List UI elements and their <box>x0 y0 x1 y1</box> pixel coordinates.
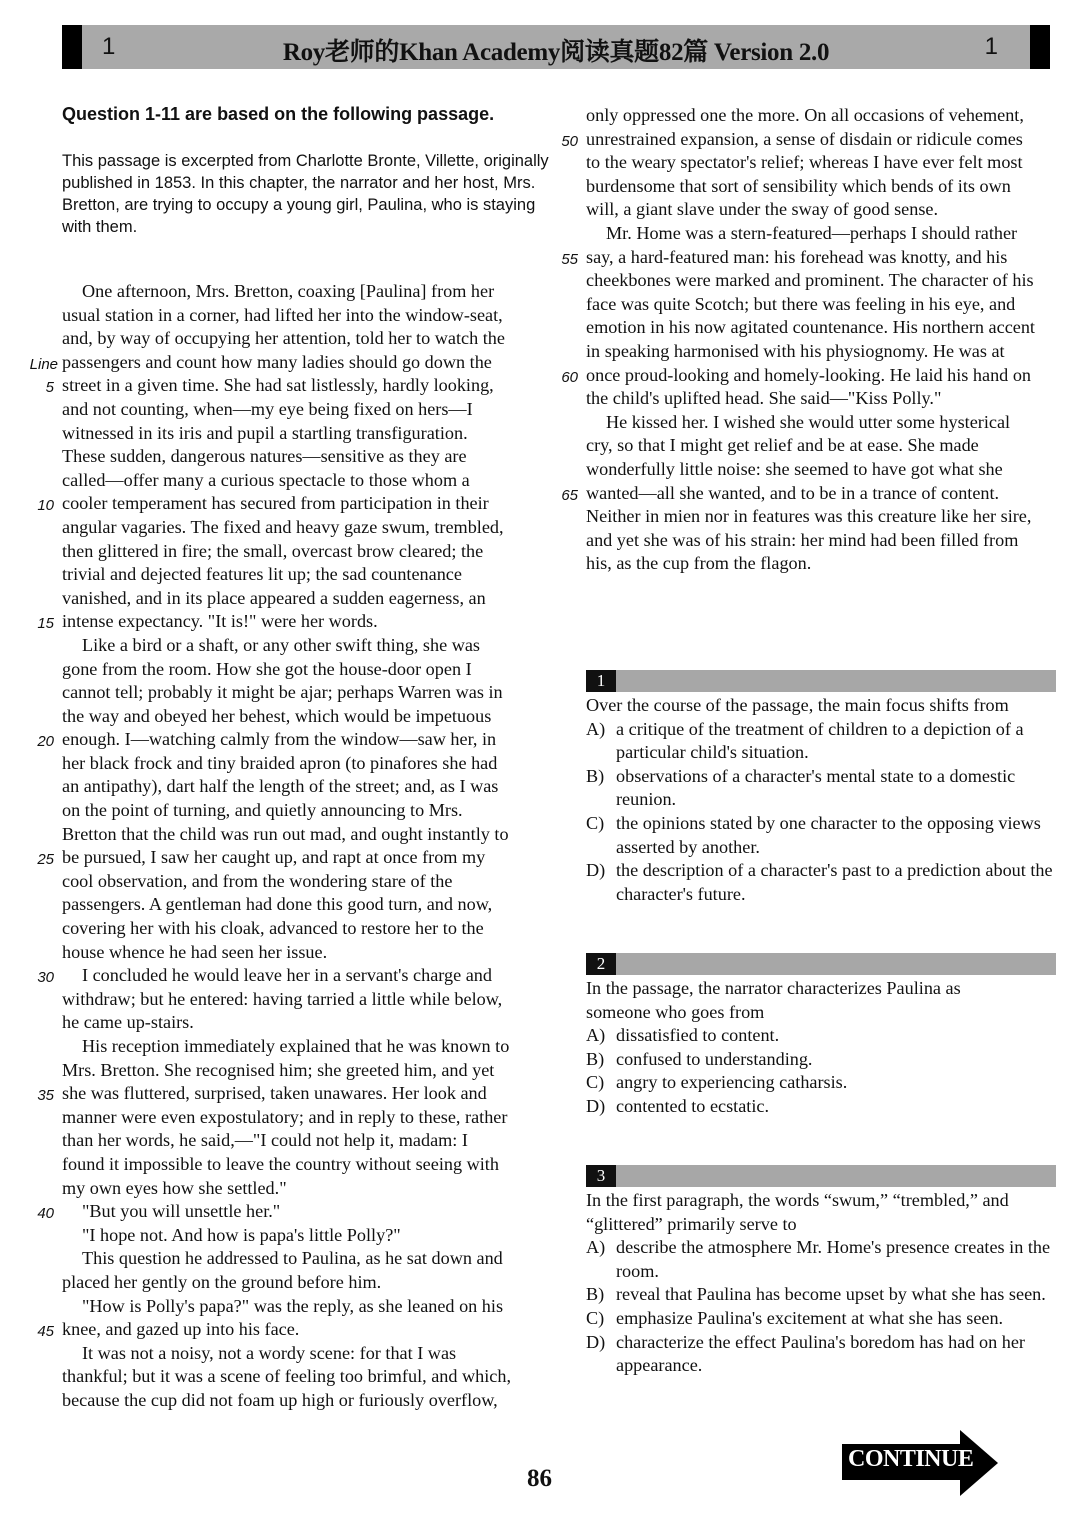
passage-line: "I hope not. And how is papa's little Po… <box>62 1224 562 1248</box>
option-letter: D) <box>586 859 616 906</box>
question-number: 3 <box>586 1165 616 1187</box>
passage-line-text: cannot tell; probably it might be ajar; … <box>62 682 503 702</box>
answer-option-b[interactable]: B)reveal that Paulina has become upset b… <box>586 1283 1056 1307</box>
passage-line-text: and not counting, when—my eye being fixe… <box>62 399 473 419</box>
passage-line-text: unrestrained expansion, a sense of disda… <box>586 129 1023 149</box>
passage-line-text: he came up-stairs. <box>62 1012 194 1032</box>
passage-line-text: He kissed her. I wished she would utter … <box>606 412 1010 432</box>
option-text: observations of a character's mental sta… <box>616 765 1056 812</box>
passage-line-text: face was quite Scotch; but there was fee… <box>586 294 1015 314</box>
passage-line-text: my own eyes how she settled." <box>62 1178 287 1198</box>
passage-line-text: Mrs. Bretton. She recognised him; she gr… <box>62 1060 494 1080</box>
header-right-number: 1 <box>985 33 998 61</box>
header-title: Roy老师的Khan Academy阅读真题82篇 Version 2.0 <box>62 32 1050 68</box>
passage-line: my own eyes how she settled." <box>62 1177 562 1201</box>
option-text: characterize the effect Paulina's boredo… <box>616 1331 1056 1378</box>
passage-line: This question he addressed to Paulina, a… <box>62 1247 562 1271</box>
question-3: 3In the first paragraph, the words “swum… <box>586 1165 1056 1378</box>
passage-line-text: an antipathy), dart half the length of t… <box>62 776 498 796</box>
answer-option-d[interactable]: D)the description of a character's past … <box>586 859 1056 906</box>
passage-line-text: the child's uplifted head. She said—"Kis… <box>586 388 941 408</box>
passage-line-text: Neither in mien nor in features was this… <box>586 506 1031 526</box>
answer-option-a[interactable]: A)describe the atmosphere Mr. Home's pre… <box>586 1236 1056 1283</box>
passage-line: Neither in mien nor in features was this… <box>586 505 1080 529</box>
passage-line: 25be pursued, I saw her caught up, and r… <box>62 846 562 870</box>
page-number: 86 <box>527 1465 552 1493</box>
answer-option-b[interactable]: B)confused to understanding. <box>586 1048 1056 1072</box>
passage-line-text: say, a hard-featured man: his forehead w… <box>586 247 1007 267</box>
passage-line: One afternoon, Mrs. Bretton, coaxing [Pa… <box>62 280 562 304</box>
continue-label: CONTINUE <box>848 1446 973 1473</box>
passage-line: cool observation, and from the wondering… <box>62 870 562 894</box>
passage-line: found it impossible to leave the country… <box>62 1153 562 1177</box>
option-text: dissatisfied to content. <box>616 1024 1056 1048</box>
option-letter: B) <box>586 765 616 812</box>
line-number: 5 <box>22 376 54 400</box>
passage-line: 5street in a given time. She had sat lis… <box>62 374 562 398</box>
line-number: 40 <box>22 1202 54 1226</box>
question-header-bar: 1 <box>586 670 1056 692</box>
answer-option-c[interactable]: C)emphasize Paulina's excitement at what… <box>586 1307 1056 1331</box>
passage-line: He kissed her. I wished she would utter … <box>586 411 1080 435</box>
passage-line-text: on the point of turning, and quietly ann… <box>62 800 463 820</box>
answer-option-d[interactable]: D)characterize the effect Paulina's bore… <box>586 1331 1056 1378</box>
option-text: a critique of the treatment of children … <box>616 718 1056 765</box>
option-letter: C) <box>586 812 616 859</box>
passage-line: 20enough. I—watching calmly from the win… <box>62 728 562 752</box>
passage-line-text: manner were even expostulatory; and in r… <box>62 1107 507 1127</box>
passage-line-text: emotion in his now agitated countenance.… <box>586 317 1035 337</box>
passage-line-text: passengers. A gentleman had done this go… <box>62 894 492 914</box>
passage-line-text: These sudden, dangerous natures—sensitiv… <box>62 446 467 466</box>
question-number: 2 <box>586 953 616 975</box>
line-number: 15 <box>22 612 54 636</box>
line-number: 20 <box>22 730 54 754</box>
passage-line-text: street in a given time. She had sat list… <box>62 375 494 395</box>
passage-line-text: house whence he had seen her issue. <box>62 942 327 962</box>
passage-line-text: she was fluttered, surprised, taken unaw… <box>62 1083 487 1103</box>
line-number: 45 <box>22 1320 54 1344</box>
question-header-bar: 3 <box>586 1165 1056 1187</box>
passage-line: and, by way of occupying her attention, … <box>62 327 562 351</box>
question-stem: Over the course of the passage, the main… <box>586 694 1056 718</box>
passage-line: cannot tell; probably it might be ajar; … <box>62 681 562 705</box>
passage-line-text: found it impossible to leave the country… <box>62 1154 499 1174</box>
passage-right-column: only oppressed one the more. On all occa… <box>586 104 1080 576</box>
passage-line-text: then glittered in fire; the small, overc… <box>62 541 483 561</box>
passage-line: witnessed in its iris and pupil a startl… <box>62 422 562 446</box>
passage-introduction: This passage is excerpted from Charlotte… <box>62 150 552 238</box>
option-text: reveal that Paulina has become upset by … <box>616 1283 1056 1307</box>
passage-line-text: It was not a noisy, not a wordy scene: f… <box>82 1343 456 1363</box>
option-text: emphasize Paulina's excitement at what s… <box>616 1307 1056 1331</box>
page-header: 1 Roy老师的Khan Academy阅读真题82篇 Version 2.0 … <box>62 25 1050 69</box>
passage-line-text: cheekbones were marked and prominent. Th… <box>586 270 1034 290</box>
passage-line-text: than her words, he said,—"I could not he… <box>62 1130 468 1150</box>
answer-option-a[interactable]: A)dissatisfied to content. <box>586 1024 1056 1048</box>
passage-line: on the point of turning, and quietly ann… <box>62 799 562 823</box>
option-text: the opinions stated by one character to … <box>616 812 1056 859</box>
line-number: 10 <box>22 494 54 518</box>
passage-line: 60once proud-looking and homely-looking.… <box>586 364 1080 388</box>
line-number: 55 <box>546 248 578 272</box>
question-stem: someone who goes from <box>586 1001 1056 1025</box>
passage-line: face was quite Scotch; but there was fee… <box>586 293 1080 317</box>
passage-line-text: wonderfully little noise: she seemed to … <box>586 459 1003 479</box>
passage-line: 10cooler temperament has secured from pa… <box>62 492 562 516</box>
passage-line: 35she was fluttered, surprised, taken un… <box>62 1082 562 1106</box>
passage-line-text: and yet she was of his strain: her mind … <box>586 530 1018 550</box>
answer-option-c[interactable]: C)angry to experiencing catharsis. <box>586 1071 1056 1095</box>
passage-left-column: One afternoon, Mrs. Bretton, coaxing [Pa… <box>62 280 562 1413</box>
passage-line: only oppressed one the more. On all occa… <box>586 104 1080 128</box>
passage-line-text: the way and obeyed her behest, which wou… <box>62 706 491 726</box>
passage-line-text: her black frock and tiny braided apron (… <box>62 753 497 773</box>
passage-line: emotion in his now agitated countenance.… <box>586 316 1080 340</box>
question-stem: In the first paragraph, the words “swum,… <box>586 1189 1056 1213</box>
passage-line: 50unrestrained expansion, a sense of dis… <box>586 128 1080 152</box>
passage-line-text: intense expectancy. "It is!" were her wo… <box>62 611 378 631</box>
option-text: describe the atmosphere Mr. Home's prese… <box>616 1236 1056 1283</box>
passage-line: her black frock and tiny braided apron (… <box>62 752 562 776</box>
passage-line: 15intense expectancy. "It is!" were her … <box>62 610 562 634</box>
passage-line: and yet she was of his strain: her mind … <box>586 529 1080 553</box>
line-number: Line <box>18 353 58 377</box>
passage-line: wonderfully little noise: she seemed to … <box>586 458 1080 482</box>
passage-line-text: and, by way of occupying her attention, … <box>62 328 505 348</box>
passage-line-text: vanished, and in its place appeared a su… <box>62 588 486 608</box>
continue-button[interactable]: CONTINUE <box>842 1430 1000 1500</box>
passage-line-text: burdensome that sort of sensibility whic… <box>586 176 1011 196</box>
passage-line-text: passengers and count how many ladies sho… <box>62 352 492 372</box>
passage-line: he came up-stairs. <box>62 1011 562 1035</box>
passage-line: then glittered in fire; the small, overc… <box>62 540 562 564</box>
passage-line-text: cooler temperament has secured from part… <box>62 493 489 513</box>
passage-line: because the cup did not foam up high or … <box>62 1389 562 1413</box>
passage-line-text: One afternoon, Mrs. Bretton, coaxing [Pa… <box>82 281 494 301</box>
passage-line-text: because the cup did not foam up high or … <box>62 1390 498 1410</box>
question-header-bar: 2 <box>586 953 1056 975</box>
passage-line: covering her with his cloak, advanced to… <box>62 917 562 941</box>
answer-option-c[interactable]: C)the opinions stated by one character t… <box>586 812 1056 859</box>
passage-line-text: withdraw; but he entered: having tarried… <box>62 989 502 1009</box>
passage-line-text: Mr. Home was a stern-featured—perhaps I … <box>606 223 1017 243</box>
passage-line-text: covering her with his cloak, advanced to… <box>62 918 484 938</box>
passage-line: 55say, a hard-featured man: his forehead… <box>586 246 1080 270</box>
passage-line-text: wanted—all she wanted, and to be in a tr… <box>586 483 999 503</box>
passage-line: These sudden, dangerous natures—sensitiv… <box>62 445 562 469</box>
passage-line-text: "How is Polly's papa?" was the reply, as… <box>82 1296 503 1316</box>
passage-line-text: cry, so that I might get relief and be a… <box>586 435 979 455</box>
question-number: 1 <box>586 670 616 692</box>
line-number: 25 <box>22 848 54 872</box>
passage-line-text: thankful; but it was a scene of feeling … <box>62 1366 511 1386</box>
passage-line-text: will, a giant slave under the sway of go… <box>586 199 938 219</box>
passage-heading: Question 1-11 are based on the following… <box>62 104 494 125</box>
passage-line: and not counting, when—my eye being fixe… <box>62 398 562 422</box>
passage-line-text: Bretton that the child was run out mad, … <box>62 824 509 844</box>
passage-line: trivial and dejected features lit up; th… <box>62 563 562 587</box>
passage-line: Mr. Home was a stern-featured—perhaps I … <box>586 222 1080 246</box>
passage-line-text: called—offer many a curious spectacle to… <box>62 470 470 490</box>
option-text: confused to understanding. <box>616 1048 1056 1072</box>
passage-line: 40"But you will unsettle her." <box>62 1200 562 1224</box>
passage-line: His reception immediately explained that… <box>62 1035 562 1059</box>
question-2: 2In the passage, the narrator characteri… <box>586 953 1056 1119</box>
passage-line: 30I concluded he would leave her in a se… <box>62 964 562 988</box>
header-right-block <box>1030 25 1050 69</box>
passage-line-text: trivial and dejected features lit up; th… <box>62 564 462 584</box>
passage-line: usual station in a corner, had lifted he… <box>62 304 562 328</box>
passage-line: will, a giant slave under the sway of go… <box>586 198 1080 222</box>
passage-line-text: His reception immediately explained that… <box>82 1036 509 1056</box>
line-number: 50 <box>546 130 578 154</box>
passage-line: cheekbones were marked and prominent. Th… <box>586 269 1080 293</box>
line-number: 60 <box>546 366 578 390</box>
passage-line: called—offer many a curious spectacle to… <box>62 469 562 493</box>
option-letter: C) <box>586 1307 616 1331</box>
option-letter: D) <box>586 1331 616 1378</box>
passage-line: the way and obeyed her behest, which wou… <box>62 705 562 729</box>
passage-line: Bretton that the child was run out mad, … <box>62 823 562 847</box>
passage-line-text: in speaking harmonised with his physiogn… <box>586 341 1005 361</box>
answer-option-a[interactable]: A)a critique of the treatment of childre… <box>586 718 1056 765</box>
passage-line-text: This question he addressed to Paulina, a… <box>82 1248 503 1268</box>
passage-line-text: cool observation, and from the wondering… <box>62 871 452 891</box>
passage-line: "How is Polly's papa?" was the reply, as… <box>62 1295 562 1319</box>
passage-line: withdraw; but he entered: having tarried… <box>62 988 562 1012</box>
option-text: angry to experiencing catharsis. <box>616 1071 1056 1095</box>
passage-line: than her words, he said,—"I could not he… <box>62 1129 562 1153</box>
answer-option-b[interactable]: B)observations of a character's mental s… <box>586 765 1056 812</box>
option-letter: D) <box>586 1095 616 1119</box>
line-number: 35 <box>22 1084 54 1108</box>
option-text: the description of a character's past to… <box>616 859 1056 906</box>
option-letter: A) <box>586 1024 616 1048</box>
passage-line-text: once proud-looking and homely-looking. H… <box>586 365 1031 385</box>
passage-line: to the weary spectator's relief; whereas… <box>586 151 1080 175</box>
passage-line: cry, so that I might get relief and be a… <box>586 434 1080 458</box>
passage-line: manner were even expostulatory; and in r… <box>62 1106 562 1130</box>
passage-line: vanished, and in its place appeared a su… <box>62 587 562 611</box>
passage-line: house whence he had seen her issue. <box>62 941 562 965</box>
passage-line: Like a bird or a shaft, or any other swi… <box>62 634 562 658</box>
passage-line: an antipathy), dart half the length of t… <box>62 775 562 799</box>
passage-line-text: "But you will unsettle her." <box>82 1201 280 1221</box>
passage-line: angular vagaries. The fixed and heavy ga… <box>62 516 562 540</box>
passage-line-text: placed her gently on the ground before h… <box>62 1272 381 1292</box>
question-stem: In the passage, the narrator characteriz… <box>586 977 1056 1001</box>
question-1: 1Over the course of the passage, the mai… <box>586 670 1056 906</box>
line-number: 65 <box>546 484 578 508</box>
passage-line: passengers. A gentleman had done this go… <box>62 893 562 917</box>
passage-line-text: gone from the room. How she got the hous… <box>62 659 472 679</box>
passage-line: thankful; but it was a scene of feeling … <box>62 1365 562 1389</box>
passage-line-text: angular vagaries. The fixed and heavy ga… <box>62 517 504 537</box>
passage-line-text: his, as the cup from the flagon. <box>586 553 811 573</box>
passage-line: the child's uplifted head. She said—"Kis… <box>586 387 1080 411</box>
passage-line-text: be pursued, I saw her caught up, and rap… <box>62 847 485 867</box>
passage-line-text: I concluded he would leave her in a serv… <box>82 965 492 985</box>
passage-line: gone from the room. How she got the hous… <box>62 658 562 682</box>
passage-line: placed her gently on the ground before h… <box>62 1271 562 1295</box>
passage-line: 45knee, and gazed up into his face. <box>62 1318 562 1342</box>
line-number: 30 <box>22 966 54 990</box>
passage-line: It was not a noisy, not a wordy scene: f… <box>62 1342 562 1366</box>
passage-line: in speaking harmonised with his physiogn… <box>586 340 1080 364</box>
option-letter: A) <box>586 718 616 765</box>
passage-line-text: enough. I—watching calmly from the windo… <box>62 729 496 749</box>
passage-line: burdensome that sort of sensibility whic… <box>586 175 1080 199</box>
option-letter: C) <box>586 1071 616 1095</box>
passage-line-text: knee, and gazed up into his face. <box>62 1319 299 1339</box>
passage-line-text: "I hope not. And how is papa's little Po… <box>82 1225 401 1245</box>
passage-line: Mrs. Bretton. She recognised him; she gr… <box>62 1059 562 1083</box>
passage-line: his, as the cup from the flagon. <box>586 552 1080 576</box>
passage-line-text: Like a bird or a shaft, or any other swi… <box>82 635 480 655</box>
passage-line-text: only oppressed one the more. On all occa… <box>586 105 1024 125</box>
question-stem: “glittered” primarily serve to <box>586 1213 1056 1237</box>
passage-line: 65wanted—all she wanted, and to be in a … <box>586 482 1080 506</box>
passage-line-text: usual station in a corner, had lifted he… <box>62 305 503 325</box>
option-text: contented to ecstatic. <box>616 1095 1056 1119</box>
answer-option-d[interactable]: D)contented to ecstatic. <box>586 1095 1056 1119</box>
option-letter: B) <box>586 1283 616 1307</box>
passage-line-text: to the weary spectator's relief; whereas… <box>586 152 1023 172</box>
passage-line-text: witnessed in its iris and pupil a startl… <box>62 423 468 443</box>
option-letter: A) <box>586 1236 616 1283</box>
passage-line: Linepassengers and count how many ladies… <box>62 351 562 375</box>
option-letter: B) <box>586 1048 616 1072</box>
